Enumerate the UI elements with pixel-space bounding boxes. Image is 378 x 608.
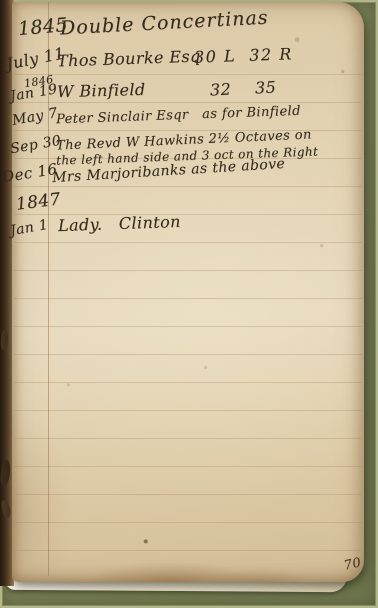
entry-values: 30 L 32 R <box>194 46 293 65</box>
ledger-photo: 1845 Double Concertinas July 11 Thos Bou… <box>0 0 378 608</box>
entry-value-col1: 32 <box>210 81 232 98</box>
page-number: 70 <box>343 556 363 572</box>
entry-value-col2: 35 <box>255 79 277 96</box>
ledger-page: 1845 Double Concertinas July 11 Thos Bou… <box>12 2 364 582</box>
entry-text: W Binfield <box>57 82 146 100</box>
entry-text: Lady. Clinton <box>58 214 181 234</box>
